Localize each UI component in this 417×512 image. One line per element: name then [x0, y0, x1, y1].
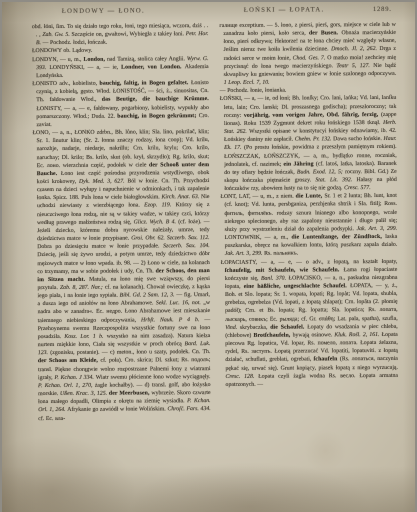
dictionary-paragraph: ŁONISTO adv., kobielisto, bauchig, falti…	[32, 79, 209, 129]
running-head: ŁONDOWY — ŁONO. ŁOŃSKI — ŁOPATA. 1289.	[32, 4, 396, 21]
text-segment: — Pochodz. łonie, łonianka.	[220, 88, 287, 94]
text-segment: das Beutige, die bauchige Krümme.	[102, 96, 209, 103]
text-segment: ein Jähring	[284, 161, 316, 167]
text-segment: Szczęście on, gwałtowi, Wybiegła z takie…	[72, 31, 186, 38]
text-segment: Londner, von London.	[121, 64, 185, 70]
text-segment: die Lunte,	[296, 194, 325, 200]
running-head-right: ŁOŃSKI — ŁOPATA.	[244, 6, 325, 13]
text-segment: Szczerb. Sax. 104.	[163, 243, 210, 249]
dictionary-paragraph: ŁONO, — a, n., ŁONKO zdrbn., Bh. lůno, k…	[32, 128, 210, 423]
text-segment: Teatr 5, 127.	[336, 63, 373, 69]
text-segment: Ußen. Krac. 3, 125.	[60, 391, 109, 397]
text-segment: Dobra po dziesięciu matce w łonie przypa…	[37, 244, 163, 251]
text-segment: cf. Ec. вла-	[38, 415, 65, 421]
text-segment: ŁOPACIASTY, — a, — e, — o adv., z łopatą…	[221, 258, 398, 265]
text-segment: Sekl. Luc. 16, not.	[156, 300, 203, 306]
text-segment: bywają osinowe.	[293, 332, 335, 338]
text-segment: Wiatr swemu płócienne łono wodze wyciągn…	[96, 374, 211, 381]
text-segment: Stat. Lit. 392.	[315, 177, 356, 183]
text-segment: Zab. 8, 287. Nar.;	[60, 285, 105, 291]
text-segment: Zab. Gw. 5.	[42, 32, 71, 38]
text-segment: ſchaufelig, mit Schaufeln, wie Schaufeln…	[225, 267, 344, 274]
text-segment: eine häßliche, ungeschlachte Schaufel.	[244, 283, 350, 290]
dictionary-paragraph: ŁONT, LAT, — u, m., z niem. die Lunte, S…	[220, 192, 397, 258]
text-segment: (zgonisku, postanie). — c) meton., łono …	[50, 349, 210, 356]
text-segment: Afrykanie go zawiódł w łonie Wolińskim.	[67, 407, 167, 414]
text-segment: Brotſchaufeln,	[253, 332, 292, 338]
dictionary-paragraph: obd. łóni, ſim. To się działo tego roku,…	[32, 22, 209, 48]
text-columns: obd. łóni, ſim. To się działo tego roku,…	[32, 21, 398, 423]
text-segment: Bibl. Gd. 2 Sam. 12, 3.	[120, 292, 177, 298]
text-segment: Kosz. Lor. 1 b.	[64, 334, 106, 340]
text-segment: der Busen.	[309, 30, 342, 36]
text-segment: Groi. Obr. 62. Szczerb. Sax. 112.	[131, 235, 209, 241]
text-segment: Budn. Exod. 12, 5;	[297, 169, 345, 175]
text-segment: Hrbſt. Nauk. P 4 b.	[141, 317, 204, 323]
dictionary-paragraph: галище exceptium. — 5. łono, z piersi, p…	[219, 21, 396, 87]
text-segment: 1 Leop. Eccl. 7, 10.	[224, 80, 270, 86]
text-segment: Dawa sucho łońskie.	[333, 136, 383, 142]
text-segment: P. Kchan. Orl. 1, 270,	[38, 383, 95, 389]
page-number: 1289.	[373, 6, 392, 13]
text-segment: die Luntenſtange, der Zündſtock,	[292, 234, 386, 241]
text-segment: der Schoos am Kleide,	[38, 358, 101, 364]
page-content: ŁONDOWY — ŁONO. ŁOŃSKI — ŁOPATA. 1289. o…	[32, 4, 399, 423]
text-segment: Jak. Art. 3, 299.	[357, 226, 398, 232]
text-segment: bauchig, in Bogen gekrümmt;	[117, 113, 198, 119]
text-segment: Glicz. Wych. B 4.	[134, 219, 179, 225]
text-segment: Chod. Ges. 7.	[293, 55, 328, 61]
text-segment: Dmoch. Jl. 2, 262.	[331, 46, 379, 52]
text-segment: die Schaufel.	[270, 324, 307, 330]
running-head-left: ŁONDOWY — ŁONO.	[62, 7, 145, 15]
text-segment: London,	[83, 56, 105, 62]
text-segment: — Pochodz. łodzi, łończak.	[43, 40, 108, 46]
text-segment: LONDYŃSKI, — a, — ie,	[49, 64, 121, 70]
dictionary-paragraph: ŁOŃSKI, — a, — ie, od łoni; Bh. lonſky; …	[220, 94, 397, 193]
dictionary-paragraph: ŁOPACIASTY, — a, — e, — o adv., z łopatą…	[221, 257, 398, 389]
text-segment: Chełm. Pr. 132.	[295, 136, 333, 142]
text-segment: P. Kchan. J 334.	[54, 374, 95, 380]
text-segment: ŁONT, LAT, — u, m., z niem.	[220, 194, 295, 200]
text-segment: bauchig, faltig, in Bogen gefaltet.	[100, 80, 192, 87]
text-segment: Banl. 370.	[261, 275, 289, 281]
text-segment: ŁONISTO adv., kobielisto,	[32, 81, 99, 87]
text-segment: Chroſć. Fars. 434.	[167, 406, 210, 412]
text-segment: ŁONDOWY ob. Lądowy.	[32, 48, 92, 54]
text-segment: Kluk. Rośl. 2, 161.	[334, 332, 381, 338]
text-segment: Vind.	[225, 325, 240, 331]
text-segment: Ezop. 119.	[144, 203, 176, 209]
text-segment: nad Tamizą, stolica całey Anglii.	[105, 56, 187, 63]
text-segment: vorjährig, vom vorigen Jahre, Obd. fähri…	[244, 112, 381, 119]
text-segment: LONDYN, — u, m.,	[32, 56, 83, 62]
scanned-dictionary-page: { "page": { "header": { "left": "ŁONDOWY…	[0, 0, 417, 512]
text-segment: Dyk. Med. 3, 627.	[79, 179, 127, 185]
dictionary-paragraph: LONDYN, — u, m., London, nad Tamizą, sto…	[32, 55, 209, 81]
column-left: obd. łóni, ſim. To się działo tego roku,…	[32, 22, 211, 423]
text-segment: ſchaufeln	[314, 357, 340, 363]
column-right: галище exceptium. — 5. łono, z piersi, p…	[219, 21, 398, 422]
text-segment: Rs. пальникъ.	[264, 251, 298, 257]
text-segment: skrybaczka,	[240, 324, 270, 330]
text-segment: Cresc. 128.	[225, 373, 258, 379]
text-segment: Jak. Art. 3, 299.	[225, 251, 264, 257]
text-segment: Kirch. Anat. 63.	[161, 194, 201, 200]
text-segment: Cresc. 577.	[344, 185, 371, 191]
text-segment: der Meerbusen,	[109, 390, 152, 396]
text-segment: LONTOWNIK, — a, m.,	[225, 235, 292, 241]
